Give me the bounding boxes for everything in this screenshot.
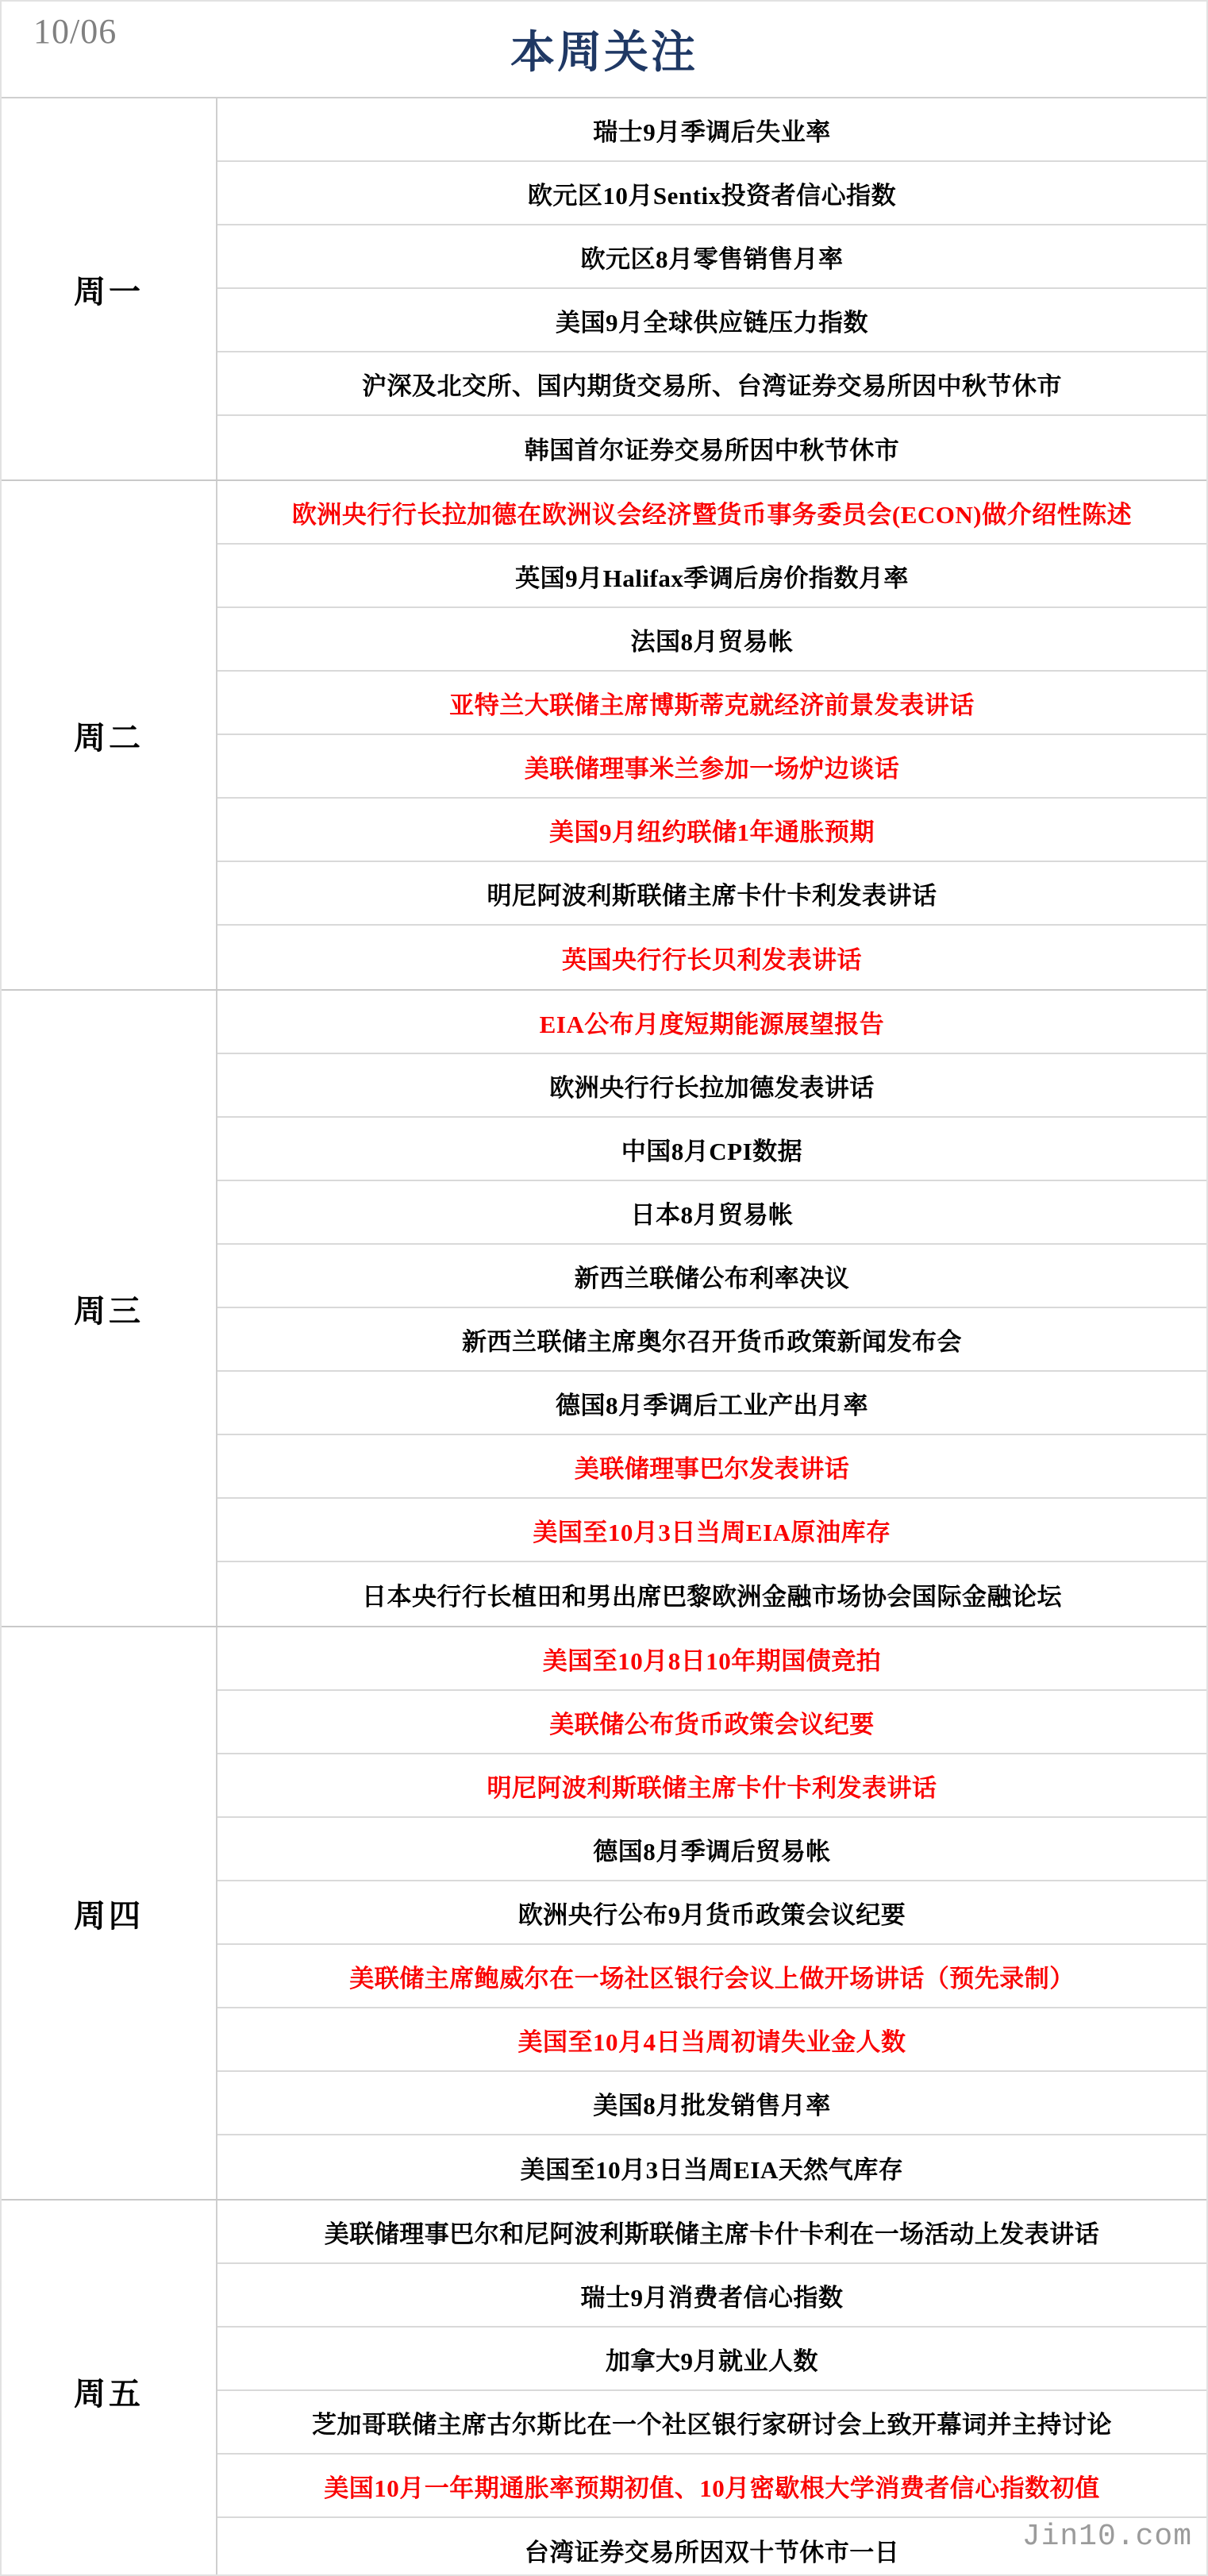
event-text: 亚特兰大联储主席博斯蒂克就经济前景发表讲话 — [449, 685, 975, 721]
section-thursday: 周四 美国至10月8日10年期国债竞拍 美联储公布货币政策会议纪要 明尼阿波利斯… — [2, 1627, 1206, 2201]
event-row: 英国央行行长贝利发表讲话 — [217, 926, 1206, 989]
event-text: 日本央行行长植田和男出席巴黎欧洲金融市场协会国际金融论坛 — [362, 1577, 1062, 1612]
event-row: 欧洲央行行长拉加德在欧洲议会经济暨货币事务委员会(ECON)做介绍性陈述 — [217, 481, 1206, 545]
event-row: 加拿大9月就业人数 — [217, 2328, 1206, 2391]
weekday-label: 周三 — [74, 1286, 144, 1331]
event-row: 美国10月一年期通胀率预期初值、10月密歇根大学消费者信心指数初值 — [217, 2455, 1206, 2518]
event-row: 德国8月季调后贸易帐 — [217, 1818, 1206, 1881]
event-row: 欧元区8月零售销售月率 — [217, 225, 1206, 289]
event-text: 明尼阿波利斯联储主席卡什卡利发表讲话 — [487, 1768, 937, 1804]
event-row: 日本央行行长植田和男出席巴黎欧洲金融市场协会国际金融论坛 — [217, 1562, 1206, 1626]
page-title: 本周关注 — [510, 17, 698, 81]
event-row: 美联储主席鲍威尔在一场社区银行会议上做开场讲话（预先录制） — [217, 1945, 1206, 2008]
week-table: 周一 瑞士9月季调后失业率 欧元区10月Sentix投资者信心指数 欧元区8月零… — [2, 98, 1206, 2576]
event-text: 欧元区8月零售销售月率 — [581, 239, 844, 275]
event-row: 明尼阿波利斯联储主席卡什卡利发表讲话 — [217, 862, 1206, 926]
event-text: 瑞士9月消费者信心指数 — [581, 2278, 844, 2313]
event-text: 日本8月贸易帐 — [631, 1195, 794, 1230]
event-text: 沪深及北交所、国内期货交易所、台湾证券交易所因中秋节休市 — [362, 366, 1062, 402]
event-row: 美国至10月3日当周EIA天然气库存 — [217, 2135, 1206, 2199]
weekday-label: 周四 — [74, 1891, 144, 1936]
event-row: 美国至10月4日当周初请失业金人数 — [217, 2008, 1206, 2072]
header: 10/06 本周关注 — [2, 2, 1206, 98]
weekday-label: 周五 — [74, 2369, 144, 2414]
event-text: 中国8月CPI数据 — [621, 1131, 802, 1167]
event-text: 欧元区10月Sentix投资者信心指数 — [528, 175, 896, 211]
event-row: 美联储理事米兰参加一场炉边谈话 — [217, 735, 1206, 799]
event-row: 美国9月全球供应链压力指数 — [217, 289, 1206, 352]
event-text: 台湾证券交易所因双十节休市一日 — [525, 2532, 900, 2568]
event-text: 美国9月全球供应链压力指数 — [556, 302, 868, 338]
date-label: 10/06 — [33, 11, 117, 52]
event-row: 欧洲央行行长拉加德发表讲话 — [217, 1054, 1206, 1118]
event-text: 瑞士9月季调后失业率 — [593, 112, 831, 148]
event-row: 美国至10月3日当周EIA原油库存 — [217, 1499, 1206, 1562]
event-text: 新西兰联储主席奥尔召开货币政策新闻发布会 — [462, 1322, 962, 1357]
event-row: 美国9月纽约联储1年通胀预期 — [217, 799, 1206, 862]
section-wednesday: 周三 EIA公布月度短期能源展望报告 欧洲央行行长拉加德发表讲话 中国8月CPI… — [2, 991, 1206, 1627]
event-row: 美国至10月8日10年期国债竞拍 — [217, 1627, 1206, 1691]
event-row: 芝加哥联储主席古尔斯比在一个社区银行家研讨会上致开幕词并主持讨论 — [217, 2391, 1206, 2455]
event-row: 欧元区10月Sentix投资者信心指数 — [217, 162, 1206, 225]
event-row: 欧洲央行公布9月货币政策会议纪要 — [217, 1881, 1206, 1945]
event-text: 加拿大9月就业人数 — [606, 2341, 818, 2377]
section-monday: 周一 瑞士9月季调后失业率 欧元区10月Sentix投资者信心指数 欧元区8月零… — [2, 98, 1206, 481]
event-row: 瑞士9月季调后失业率 — [217, 98, 1206, 162]
event-text: 美国至10月8日10年期国债竞拍 — [543, 1641, 882, 1677]
weekday-cell: 周四 — [2, 1627, 217, 2199]
event-row: 日本8月贸易帐 — [217, 1181, 1206, 1245]
event-row: 瑞士9月消费者信心指数 — [217, 2264, 1206, 2328]
event-text: 美联储主席鲍威尔在一场社区银行会议上做开场讲话（预先录制） — [349, 1958, 1075, 1994]
event-text: 韩国首尔证券交易所因中秋节休市 — [525, 430, 900, 466]
event-text: 美国至10月3日当周EIA原油库存 — [533, 1512, 891, 1548]
weekday-cell: 周三 — [2, 991, 217, 1626]
weekday-cell: 周五 — [2, 2201, 217, 2576]
event-text: 美联储理事巴尔发表讲话 — [575, 1449, 850, 1484]
event-text: 欧洲央行行长拉加德在欧洲议会经济暨货币事务委员会(ECON)做介绍性陈述 — [292, 495, 1132, 530]
event-row: 美联储理事巴尔和尼阿波利斯联储主席卡什卡利在一场活动上发表讲话 — [217, 2201, 1206, 2264]
event-text: 法国8月贸易帐 — [631, 622, 794, 657]
events-column: 瑞士9月季调后失业率 欧元区10月Sentix投资者信心指数 欧元区8月零售销售… — [217, 98, 1206, 479]
event-text: 美国8月批发销售月率 — [593, 2085, 831, 2121]
event-text: 美国至10月3日当周EIA天然气库存 — [521, 2150, 904, 2185]
event-text: 英国央行行长贝利发表讲话 — [562, 940, 862, 976]
event-text: 新西兰联储公布利率决议 — [575, 1258, 850, 1294]
event-row: 韩国首尔证券交易所因中秋节休市 — [217, 416, 1206, 479]
weekly-focus-calendar: 10/06 本周关注 周一 瑞士9月季调后失业率 欧元区10月Sentix投资者… — [0, 0, 1208, 2576]
event-text: 美联储理事巴尔和尼阿波利斯联储主席卡什卡利在一场活动上发表讲话 — [325, 2214, 1100, 2250]
event-row: 明尼阿波利斯联储主席卡什卡利发表讲话 — [217, 1754, 1206, 1818]
section-tuesday: 周二 欧洲央行行长拉加德在欧洲议会经济暨货币事务委员会(ECON)做介绍性陈述 … — [2, 481, 1206, 991]
event-row: 法国8月贸易帐 — [217, 608, 1206, 672]
event-row: 英国9月Halifax季调后房价指数月率 — [217, 545, 1206, 608]
event-row: 亚特兰大联储主席博斯蒂克就经济前景发表讲话 — [217, 672, 1206, 735]
event-row: 德国8月季调后工业产出月率 — [217, 1372, 1206, 1435]
event-text: 欧洲央行行长拉加德发表讲话 — [549, 1068, 875, 1103]
weekday-label: 周二 — [74, 713, 144, 758]
event-row: 美联储公布货币政策会议纪要 — [217, 1691, 1206, 1754]
event-text: 美国至10月4日当周初请失业金人数 — [518, 2022, 906, 2058]
event-row: 美联储理事巴尔发表讲话 — [217, 1435, 1206, 1499]
watermark: Jin10.com — [1022, 2520, 1192, 2554]
event-row: 新西兰联储主席奥尔召开货币政策新闻发布会 — [217, 1308, 1206, 1372]
event-row: 新西兰联储公布利率决议 — [217, 1245, 1206, 1308]
event-text: 美联储公布货币政策会议纪要 — [549, 1704, 875, 1740]
event-text: EIA公布月度短期能源展望报告 — [540, 1004, 885, 1040]
events-column: 美国至10月8日10年期国债竞拍 美联储公布货币政策会议纪要 明尼阿波利斯联储主… — [217, 1627, 1206, 2199]
event-text: 芝加哥联储主席古尔斯比在一个社区银行家研讨会上致开幕词并主持讨论 — [312, 2405, 1112, 2440]
event-row: 中国8月CPI数据 — [217, 1118, 1206, 1181]
event-row: 沪深及北交所、国内期货交易所、台湾证券交易所因中秋节休市 — [217, 352, 1206, 416]
event-text: 美国9月纽约联储1年通胀预期 — [549, 812, 875, 848]
weekday-cell: 周一 — [2, 98, 217, 479]
event-text: 德国8月季调后工业产出月率 — [556, 1385, 868, 1421]
event-text: 英国9月Halifax季调后房价指数月率 — [515, 558, 909, 594]
event-row: 美国8月批发销售月率 — [217, 2072, 1206, 2135]
events-column: 欧洲央行行长拉加德在欧洲议会经济暨货币事务委员会(ECON)做介绍性陈述 英国9… — [217, 481, 1206, 989]
event-text: 明尼阿波利斯联储主席卡什卡利发表讲话 — [487, 876, 937, 911]
event-text: 德国8月季调后贸易帐 — [593, 1831, 831, 1867]
weekday-label: 周一 — [74, 267, 144, 312]
event-row: EIA公布月度短期能源展望报告 — [217, 991, 1206, 1054]
event-text: 欧洲央行公布9月货币政策会议纪要 — [518, 1895, 906, 1931]
events-column: EIA公布月度短期能源展望报告 欧洲央行行长拉加德发表讲话 中国8月CPI数据 … — [217, 991, 1206, 1626]
weekday-cell: 周二 — [2, 481, 217, 989]
event-text: 美联储理事米兰参加一场炉边谈话 — [525, 749, 900, 784]
event-text: 美国10月一年期通胀率预期初值、10月密歇根大学消费者信心指数初值 — [324, 2468, 1100, 2504]
